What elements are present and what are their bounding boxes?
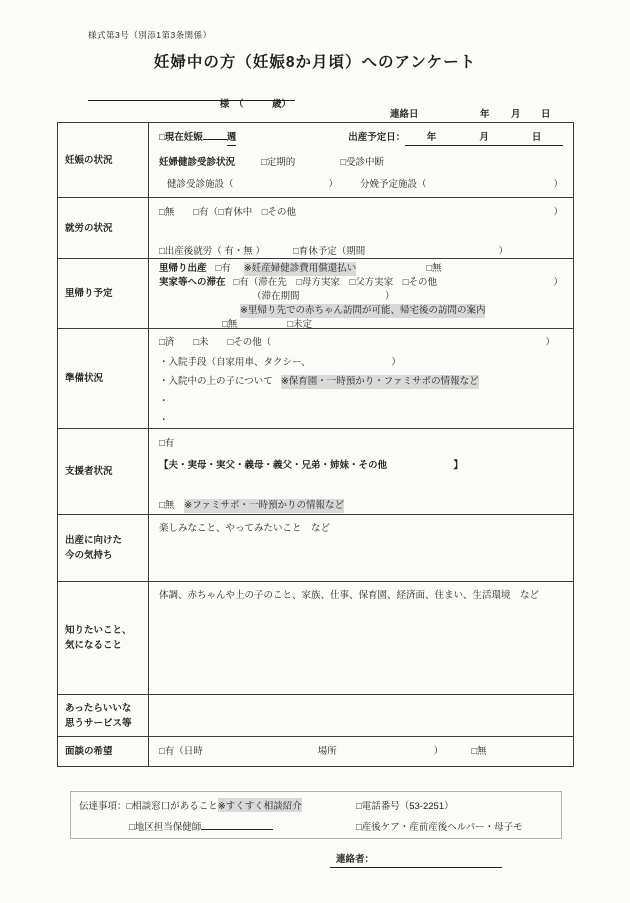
checkup-facility-label: 健診受診施設（ xyxy=(167,178,234,192)
row-content-services xyxy=(149,694,573,736)
note-childcare-info: ※保育園・一時預かり・ファミサポの情報など xyxy=(281,375,479,389)
name-field-line: 様 （ 歳） xyxy=(88,85,295,101)
feelings-prompt: 楽しみなこと、やってみたいこと など xyxy=(159,522,330,536)
survey-table: 妊娠の状況 □現在妊娠 週 出産予定日： 年 月 日 妊婦健診受診状況 □定期的… xyxy=(57,122,574,767)
checkbox-current-pregnancy: □現在妊娠 xyxy=(159,131,203,145)
delivery-facility-close-paren: ） xyxy=(553,178,563,192)
checkbox-interview-no: □無 xyxy=(471,745,486,759)
checkbox-parental-leave: □育休予定（期間 xyxy=(293,245,365,259)
row-content-concerns: 体調、赤ちゃんや上の子のこと、家族、仕事、保育園、経済面、住まい、生活環境 など xyxy=(149,581,573,694)
note-checkup-reimbursement: ※妊産婦健診費用償還払い xyxy=(244,262,356,276)
stay-options-line: □有（滞在先 □母方実家 □父方実家 □その他 xyxy=(234,276,437,290)
checkbox-postpartum-work: □出産後就労（ 有・無 ） xyxy=(159,245,265,259)
checkup-facility-close-paren: ） xyxy=(329,178,339,192)
row-content-work: □無 □有（□育休中 □その他 ） □出産後就労（ 有・無 ） □育休予定（期間… xyxy=(149,197,573,258)
note-baby-visit: ※里帰り先での赤ちゃん訪問が可能、帰宅後の訪問の案内 xyxy=(240,304,485,318)
weeks-blank-line xyxy=(203,130,227,140)
checkbox-checkup-regular: □定期的 xyxy=(261,156,295,170)
stay-period-label: （滞在期間 ） xyxy=(252,290,395,304)
homecoming-birth-label: 里帰り出産 xyxy=(159,262,207,276)
contact-person-label: 連絡者： xyxy=(336,854,374,865)
page-title: 妊婦中の方（妊娠8か月頃）へのアンケート xyxy=(0,50,630,72)
delivery-facility-label: 分娩予定施設（ xyxy=(360,178,427,192)
checkbox-district-nurse: □地区担当保健師 xyxy=(129,819,201,833)
row-header-homecoming: 里帰り予定 xyxy=(58,258,149,328)
row-header-services: あったらいいな 思うサービス等 xyxy=(58,694,149,736)
checkbox-phone-number: □電話番号（53-2251） xyxy=(356,798,454,812)
parental-leave-close-paren: ） xyxy=(498,245,508,259)
preparation-close-paren: ） xyxy=(545,336,555,350)
concerns-prompt: 体調、赤ちゃんや上の子のこと、家族、仕事、保育園、経済面、住まい、生活環境 など xyxy=(159,589,539,603)
supporter-list-line: 【夫・実母・実父・義母・義父・兄弟・姉妹・その他 】 xyxy=(159,459,463,473)
interview-close-paren: ） xyxy=(434,745,444,759)
checkbox-postpartum-care: □産後ケア・産前産後ヘルパー・母子モ xyxy=(356,819,523,833)
questionnaire-page: 様式第3号（別添1第3条関係） 妊婦中の方（妊娠8か月頃）へのアンケート 様 （… xyxy=(0,0,630,903)
notes-consult-window-label: 伝達事項：□相談窓口があること xyxy=(79,798,218,812)
row-header-work: 就労の状況 xyxy=(58,197,149,258)
bullet-blank-1: ・ xyxy=(159,395,169,409)
row-content-interview: □有（日時 場所 ） □無 xyxy=(149,736,573,766)
name-suffix-label: 様 （ 歳） xyxy=(220,99,291,110)
checkbox-interview-yes: □有（日時 xyxy=(159,745,203,759)
hospital-transport-line: ・入院手段（自家用車、タクシー、 ） xyxy=(159,356,401,370)
checkbox-homecoming-no: □無 xyxy=(426,262,441,276)
note-famisapo-info: ※ファミサポ・一時預かりの情報など xyxy=(184,499,344,513)
contact-date-year: 年 xyxy=(480,106,490,120)
interview-place-label: 場所 xyxy=(318,745,337,759)
row-header-concerns: 知りたいこと、 気になること xyxy=(58,581,149,694)
row-content-supporters: □有 【夫・実母・実父・義母・義父・兄弟・姉妹・その他 】 □無 ※ファミサポ・… xyxy=(149,428,573,514)
due-year-label: 年 xyxy=(427,131,437,145)
checkbox-supporter-yes: □有 xyxy=(159,437,174,451)
form-code: 様式第3号（別添1第3条関係） xyxy=(88,29,212,41)
row-header-preparation: 準備状況 xyxy=(58,328,149,428)
checkup-status-label: 妊婦健診受診状況 xyxy=(159,156,235,170)
due-month-label: 月 xyxy=(479,131,489,145)
checkbox-homecoming-yes: □有 xyxy=(216,262,231,276)
row-content-feelings: 楽しみなこと、やってみたいこと など xyxy=(149,514,573,581)
work-close-paren: ） xyxy=(553,206,563,220)
work-options-line: □無 □有（□育休中 □その他 xyxy=(159,206,296,220)
row-header-supporters: 支援者状況 xyxy=(58,428,149,514)
family-stay-label: 実家等への滞在 xyxy=(159,276,226,290)
row-header-interview: 面談の希望 xyxy=(58,736,149,766)
due-date-blank-line: 年 月 日 xyxy=(405,131,563,146)
district-nurse-blank-line xyxy=(201,820,273,830)
row-content-preparation: □済 □未 □その他（ ） ・入院手段（自家用車、タクシー、 ） ・入院中の上の… xyxy=(149,328,573,428)
older-child-label: ・入院中の上の子について xyxy=(159,375,273,389)
due-date-label: 出産予定日： xyxy=(348,131,405,145)
weeks-unit-label: 週 xyxy=(227,131,237,146)
row-content-homecoming: 里帰り出産 □有 ※妊産婦健診費用償還払い □無 実家等への滞在 □有（滞在先 … xyxy=(149,258,573,328)
due-day-label: 日 xyxy=(532,131,542,145)
contact-date-month: 月 xyxy=(511,106,521,120)
checkbox-stay-no: □無 xyxy=(222,318,237,328)
contact-date-label: 連絡日 xyxy=(390,106,419,120)
row-content-pregnancy: □現在妊娠 週 出産予定日： 年 月 日 妊婦健診受診状況 □定期的 □受診中断 xyxy=(149,123,573,197)
row-header-pregnancy: 妊娠の状況 xyxy=(58,123,149,197)
contact-date-row: 連絡日 年 月 日 xyxy=(380,106,574,120)
checkbox-stay-undecided: □未定 xyxy=(287,318,312,328)
checkbox-supporter-no: □無 xyxy=(159,499,174,513)
checkbox-checkup-interrupted: □受診中断 xyxy=(340,156,384,170)
note-sukusuku-referral: ※すくすく相談紹介 xyxy=(218,798,302,812)
staff-notes-box: 伝達事項：□相談窓口があること ※すくすく相談紹介 □電話番号（53-2251）… xyxy=(70,791,562,839)
row-header-feelings: 出産に向けた 今の気持ち xyxy=(58,514,149,581)
contact-person-line: 連絡者： xyxy=(330,851,502,868)
bullet-blank-2: ・ xyxy=(159,414,169,428)
stay-close-paren: ） xyxy=(553,276,563,290)
contact-date-day: 日 xyxy=(541,106,551,120)
preparation-options-line: □済 □未 □その他（ xyxy=(159,336,271,350)
